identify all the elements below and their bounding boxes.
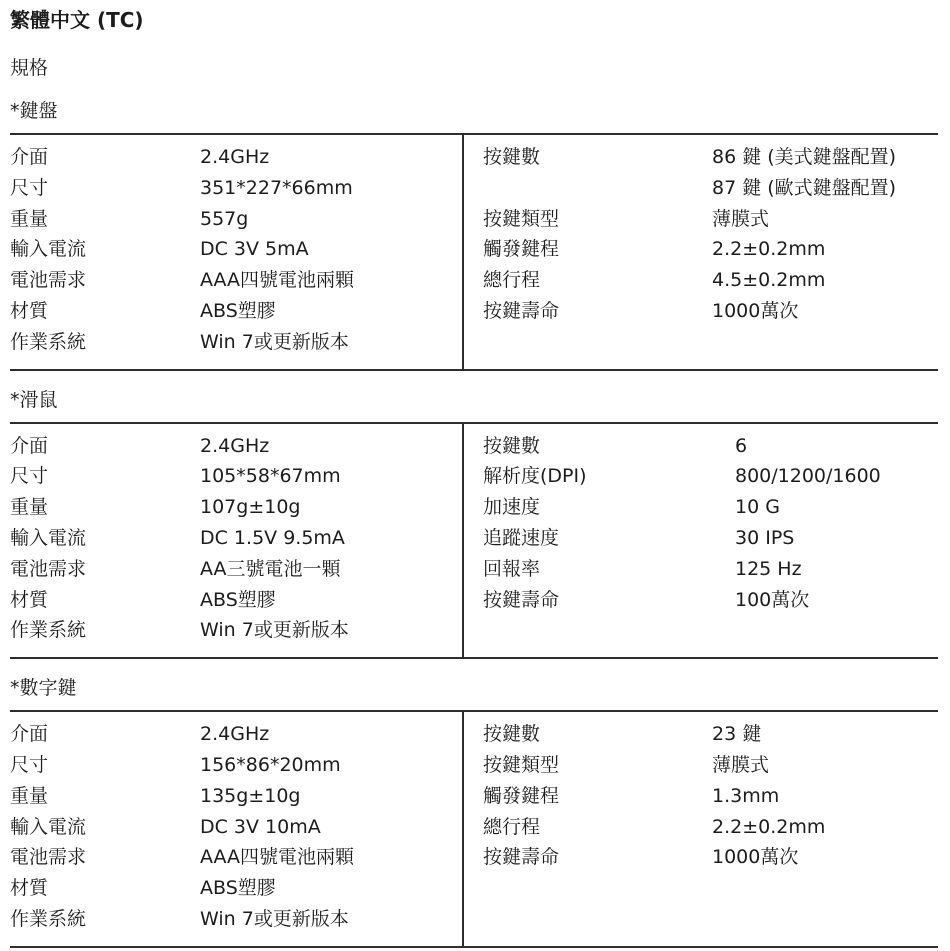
spec-value: 薄膜式 [712, 750, 769, 781]
spec-column-left: 介面 2.4GHz 尺寸 105*58*67mm 重量 107g±10g 輸入電… [10, 424, 462, 658]
spec-row: 電池需求 AAA四號電池兩顆 [10, 265, 462, 296]
spec-value: DC 3V 10mA [200, 812, 321, 843]
spec-row: 加速度 10 G [483, 492, 938, 523]
spec-column-left: 介面 2.4GHz 尺寸 156*86*20mm 重量 135g±10g 輸入電… [10, 712, 462, 946]
spec-value: Win 7或更新版本 [200, 327, 349, 358]
spec-section: *數字鍵 介面 2.4GHz 尺寸 156*86*20mm 重量 135g±10… [10, 677, 938, 948]
spec-row: 介面 2.4GHz [10, 719, 462, 750]
spec-label: 按鍵類型 [483, 204, 712, 235]
document-title: 繁體中文 (TC) [10, 8, 938, 32]
spec-section: *鍵盤 介面 2.4GHz 尺寸 351*227*66mm 重量 557g 輸入… [10, 100, 938, 371]
section-heading: *滑鼠 [10, 389, 938, 411]
spec-label: 作業系統 [10, 615, 200, 646]
spec-column-left: 介面 2.4GHz 尺寸 351*227*66mm 重量 557g 輸入電流 D… [10, 135, 462, 369]
spec-row: 按鍵數 6 [483, 431, 938, 462]
spec-row: 總行程 4.5±0.2mm [483, 265, 938, 296]
spec-value: DC 1.5V 9.5mA [200, 523, 345, 554]
spec-row: 重量 135g±10g [10, 781, 462, 812]
spec-label: 電池需求 [10, 265, 200, 296]
spec-label: 總行程 [483, 812, 712, 843]
spec-value: ABS塑膠 [200, 873, 276, 904]
spec-label: 介面 [10, 719, 200, 750]
spec-label: 電池需求 [10, 554, 200, 585]
spec-value: DC 3V 5mA [200, 234, 309, 265]
spec-row: 追蹤速度 30 IPS [483, 523, 938, 554]
spec-label: 按鍵壽命 [483, 296, 712, 327]
spec-value: Win 7或更新版本 [200, 904, 349, 935]
spec-value: 薄膜式 [712, 204, 769, 235]
spec-value: 86 鍵 (美式鍵盤配置) 87 鍵 (歐式鍵盤配置) [712, 142, 896, 204]
spec-label: 輸入電流 [10, 812, 200, 843]
document-subtitle: 規格 [10, 57, 938, 79]
spec-value: Win 7或更新版本 [200, 615, 349, 646]
spec-label: 輸入電流 [10, 523, 200, 554]
spec-row: 回報率 125 Hz [483, 554, 938, 585]
spec-row: 觸發鍵程 1.3mm [483, 781, 938, 812]
spec-value: 2.4GHz [200, 719, 269, 750]
spec-value: 100萬次 [735, 585, 809, 616]
spec-row: 作業系統 Win 7或更新版本 [10, 904, 462, 935]
spec-label: 作業系統 [10, 904, 200, 935]
spec-column-right: 按鍵數 6 解析度(DPI) 800/1200/1600 加速度 10 G 追蹤… [462, 424, 938, 658]
spec-label: 解析度(DPI) [483, 461, 735, 492]
spec-value: 4.5±0.2mm [712, 265, 825, 296]
spec-row: 按鍵壽命 1000萬次 [483, 842, 938, 873]
spec-row: 材質 ABS塑膠 [10, 296, 462, 327]
spec-value: 1000萬次 [712, 842, 798, 873]
spec-row: 解析度(DPI) 800/1200/1600 [483, 461, 938, 492]
spec-label: 輸入電流 [10, 234, 200, 265]
spec-row: 尺寸 156*86*20mm [10, 750, 462, 781]
spec-row: 介面 2.4GHz [10, 142, 462, 173]
spec-value: AA三號電池一顆 [200, 554, 341, 585]
spec-value: 2.2±0.2mm [712, 234, 825, 265]
spec-document: 繁體中文 (TC) 規格 *鍵盤 介面 2.4GHz 尺寸 351*227*66… [0, 0, 950, 951]
spec-table: 介面 2.4GHz 尺寸 351*227*66mm 重量 557g 輸入電流 D… [10, 133, 938, 371]
sections-container: *鍵盤 介面 2.4GHz 尺寸 351*227*66mm 重量 557g 輸入… [10, 100, 938, 948]
spec-label: 電池需求 [10, 842, 200, 873]
spec-row: 尺寸 105*58*67mm [10, 461, 462, 492]
spec-row: 按鍵壽命 1000萬次 [483, 296, 938, 327]
spec-row: 電池需求 AA三號電池一顆 [10, 554, 462, 585]
spec-value: 557g [200, 204, 248, 235]
section-heading: *數字鍵 [10, 677, 938, 699]
spec-value: 23 鍵 [712, 719, 761, 750]
spec-value: 125 Hz [735, 554, 802, 585]
spec-row: 作業系統 Win 7或更新版本 [10, 327, 462, 358]
spec-label: 觸發鍵程 [483, 234, 712, 265]
spec-row: 按鍵類型 薄膜式 [483, 204, 938, 235]
spec-label: 追蹤速度 [483, 523, 735, 554]
spec-label: 材質 [10, 585, 200, 616]
section-heading: *鍵盤 [10, 100, 938, 122]
spec-row: 按鍵數 86 鍵 (美式鍵盤配置) 87 鍵 (歐式鍵盤配置) [483, 142, 938, 204]
spec-section: *滑鼠 介面 2.4GHz 尺寸 105*58*67mm 重量 107g±10g… [10, 389, 938, 660]
spec-row: 按鍵類型 薄膜式 [483, 750, 938, 781]
spec-label: 尺寸 [10, 173, 200, 204]
spec-row: 按鍵壽命 100萬次 [483, 585, 938, 616]
spec-value: 6 [735, 431, 747, 462]
spec-value: 10 G [735, 492, 780, 523]
spec-row: 輸入電流 DC 1.5V 9.5mA [10, 523, 462, 554]
spec-row: 材質 ABS塑膠 [10, 873, 462, 904]
spec-label: 觸發鍵程 [483, 781, 712, 812]
spec-row: 尺寸 351*227*66mm [10, 173, 462, 204]
spec-row: 觸發鍵程 2.2±0.2mm [483, 234, 938, 265]
spec-row: 電池需求 AAA四號電池兩顆 [10, 842, 462, 873]
spec-label: 總行程 [483, 265, 712, 296]
spec-label: 作業系統 [10, 327, 200, 358]
spec-row: 作業系統 Win 7或更新版本 [10, 615, 462, 646]
spec-label: 重量 [10, 204, 200, 235]
spec-value: 2.4GHz [200, 142, 269, 173]
spec-row: 重量 557g [10, 204, 462, 235]
spec-table: 介面 2.4GHz 尺寸 156*86*20mm 重量 135g±10g 輸入電… [10, 710, 938, 948]
spec-value: 1.3mm [712, 781, 779, 812]
spec-label: 尺寸 [10, 750, 200, 781]
spec-label: 按鍵壽命 [483, 842, 712, 873]
spec-label: 尺寸 [10, 461, 200, 492]
spec-row: 材質 ABS塑膠 [10, 585, 462, 616]
spec-label: 材質 [10, 296, 200, 327]
spec-label: 材質 [10, 873, 200, 904]
spec-label: 介面 [10, 142, 200, 173]
spec-value: 2.4GHz [200, 431, 269, 462]
spec-value: 2.2±0.2mm [712, 812, 825, 843]
spec-table: 介面 2.4GHz 尺寸 105*58*67mm 重量 107g±10g 輸入電… [10, 422, 938, 660]
spec-value: ABS塑膠 [200, 296, 276, 327]
spec-label: 按鍵數 [483, 431, 735, 462]
spec-label: 按鍵數 [483, 142, 712, 173]
spec-label: 按鍵類型 [483, 750, 712, 781]
spec-value: 1000萬次 [712, 296, 798, 327]
spec-row: 總行程 2.2±0.2mm [483, 812, 938, 843]
spec-value: 351*227*66mm [200, 173, 353, 204]
spec-row: 重量 107g±10g [10, 492, 462, 523]
spec-value: 105*58*67mm [200, 461, 341, 492]
spec-value: 156*86*20mm [200, 750, 341, 781]
spec-label: 加速度 [483, 492, 735, 523]
spec-row: 輸入電流 DC 3V 10mA [10, 812, 462, 843]
spec-row: 輸入電流 DC 3V 5mA [10, 234, 462, 265]
spec-label: 回報率 [483, 554, 735, 585]
spec-label: 重量 [10, 492, 200, 523]
spec-column-right: 按鍵數 86 鍵 (美式鍵盤配置) 87 鍵 (歐式鍵盤配置) 按鍵類型 薄膜式… [462, 135, 938, 369]
spec-label: 按鍵數 [483, 719, 712, 750]
spec-value: 107g±10g [200, 492, 300, 523]
spec-row: 介面 2.4GHz [10, 431, 462, 462]
spec-value: AAA四號電池兩顆 [200, 842, 354, 873]
spec-row: 按鍵數 23 鍵 [483, 719, 938, 750]
spec-value: AAA四號電池兩顆 [200, 265, 354, 296]
spec-label: 重量 [10, 781, 200, 812]
spec-value: 800/1200/1600 [735, 461, 881, 492]
spec-label: 介面 [10, 431, 200, 462]
spec-value: 135g±10g [200, 781, 300, 812]
spec-column-right: 按鍵數 23 鍵 按鍵類型 薄膜式 觸發鍵程 1.3mm 總行程 2.2±0.2… [462, 712, 938, 946]
spec-value: ABS塑膠 [200, 585, 276, 616]
spec-value: 30 IPS [735, 523, 794, 554]
spec-label: 按鍵壽命 [483, 585, 735, 616]
